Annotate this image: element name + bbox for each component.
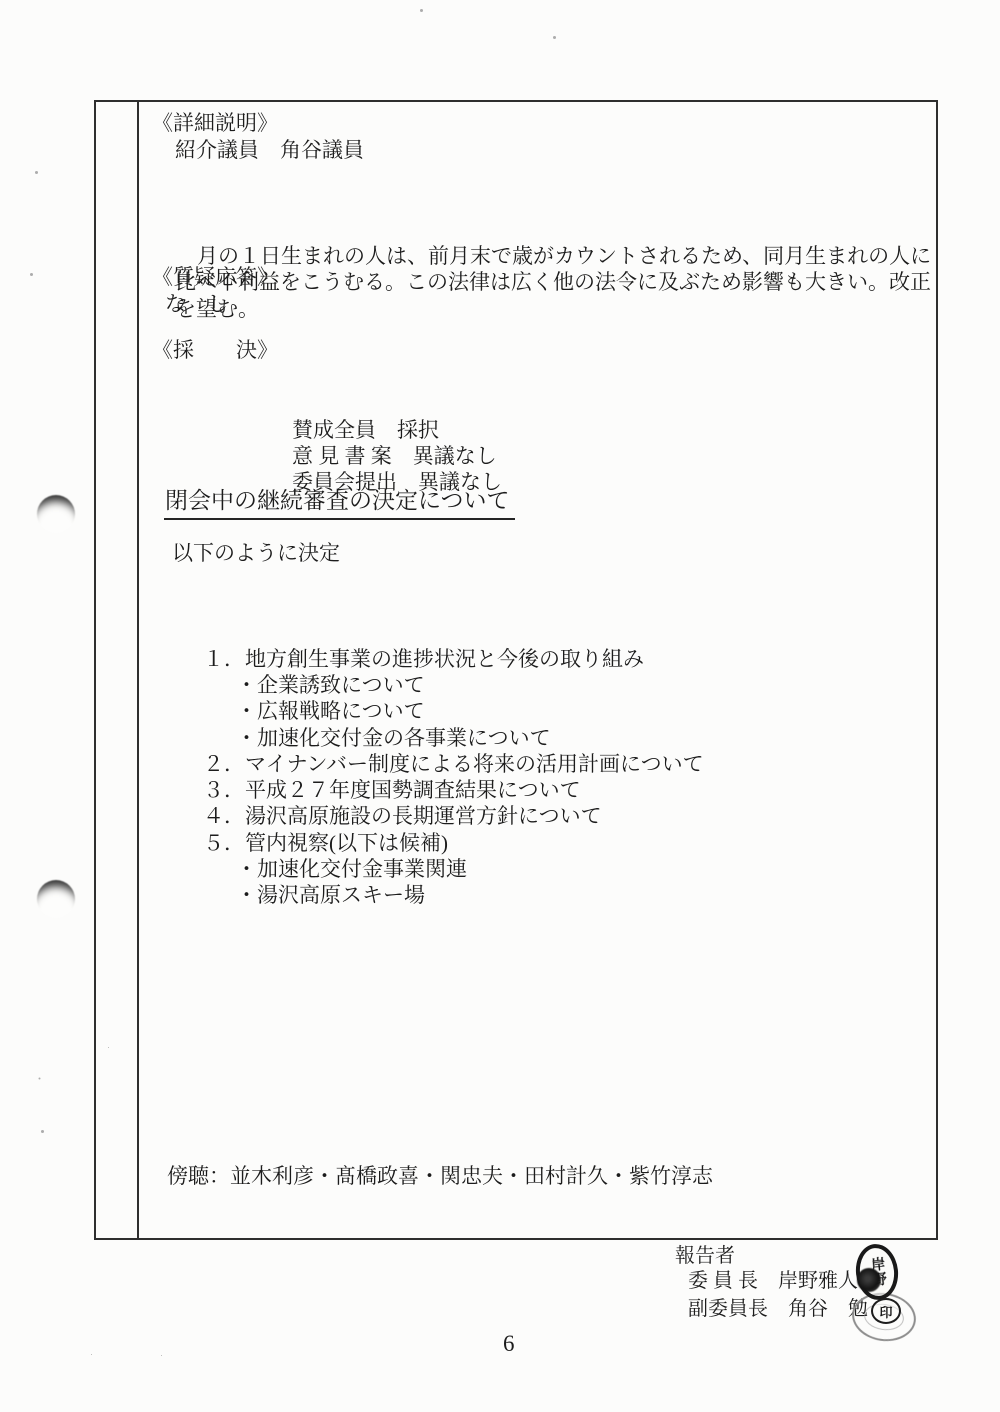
decision-intro: 以下のように決定	[172, 540, 340, 566]
vote-result-line: 賛成全員 採択	[292, 417, 502, 443]
decision-item: ・湯沢高原スキー場	[236, 882, 704, 908]
scan-noise	[0, 0, 3, 3]
decision-item: ３．平成２７年度国勢調査結果について	[203, 777, 704, 803]
decision-item: １．地方創生事業の進捗状況と今後の取り組み	[203, 646, 704, 672]
vice-chairman-line: 副委員長 角谷 勉	[688, 1297, 868, 1322]
decision-item: ・加速化交付金事業関連	[236, 856, 704, 882]
qa-section-heading: 《質疑応答》	[152, 264, 278, 290]
reporter-label: 報告者	[675, 1244, 735, 1269]
detail-paragraph: 月の１日生まれの人は、前月末で歳がカウントされるため、同月生まれの人に比べ不利益…	[175, 162, 931, 322]
vote-results: 賛成全員 採択意 見 書 案 異議なし委員会提出 異議なし	[292, 337, 502, 495]
decision-item: ４．湯沢高原施設の長期運営方針について	[203, 803, 704, 829]
paragraph-line: 月の１日生まれの人は、前月末で歳がカウントされるため、同月生まれの人に	[197, 243, 931, 269]
paragraph-line: 比べ不利益をこうむる。この法律は広く他の法令に及ぶため影響も大きい。改正	[175, 269, 931, 295]
vote-result-line: 意 見 書 案 異議なし	[292, 443, 502, 469]
paragraph-line: を望む。	[175, 296, 931, 322]
punch-hole	[37, 880, 75, 918]
punch-hole	[37, 495, 75, 533]
scanned-document-page: 《詳細説明》 紹介議員 角谷議員 月の１日生まれの人は、前月末で歳がカウントされ…	[0, 0, 1000, 1412]
seal-mark-text: 印	[879, 1302, 892, 1321]
decision-list: １．地方創生事業の進捗状況と今後の取り組み・企業誘致について・広報戦略について・…	[203, 566, 704, 908]
seal-mark-circle: 印	[871, 1298, 901, 1324]
vote-section-heading: 《採 決》	[152, 337, 278, 363]
page-number: 6	[503, 1330, 515, 1359]
decision-item: ・広報戦略について	[236, 698, 704, 724]
seal-ink-blot	[857, 1268, 881, 1292]
detail-section-heading: 《詳細説明》	[152, 110, 278, 136]
chairman-line: 委 員 長 岸野雅人	[688, 1269, 858, 1294]
decision-item: ・加速化交付金の各事業について	[236, 725, 704, 751]
continuation-review-title: 閉会中の継続審査の決定について	[164, 487, 515, 520]
decision-item: ・企業誘致について	[236, 672, 704, 698]
introducer-line: 紹介議員 角谷議員	[175, 137, 364, 163]
binding-margin-line	[137, 100, 139, 1240]
qa-answer: な し	[165, 291, 228, 317]
decision-item: ２．マイナンバー制度による将来の活用計画について	[203, 751, 704, 777]
observers-line: 傍聴：並木利彦・髙橋政喜・関忠夫・田村計久・紫竹淳志	[167, 1163, 713, 1189]
decision-item: ５．管内視察(以下は候補)	[203, 830, 704, 856]
